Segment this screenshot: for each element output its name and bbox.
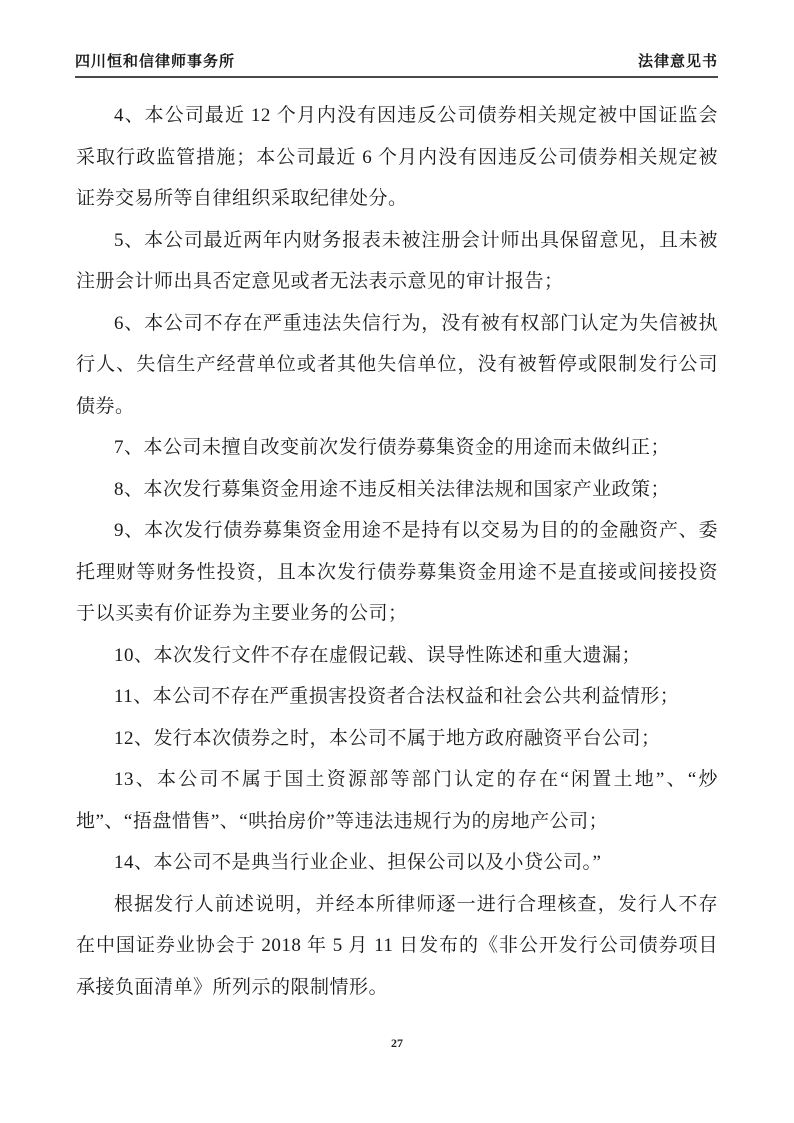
paragraph-item-5: 5、本公司最近两年内财务报表未被注册会计师出具保留意见，且未被注册会计师出具否定… [76, 220, 718, 303]
paragraph-item-6: 6、本公司不存在严重违法失信行为，没有被有权部门认定为失信被执行人、失信生产经营… [76, 303, 718, 428]
paragraph-item-12: 12、发行本次债券之时，本公司不属于地方政府融资平台公司； [76, 718, 718, 760]
header-firm-name: 四川恒和信律师事务所 [75, 50, 235, 71]
paragraph-item-7: 7、本公司未擅自改变前次发行债券募集资金的用途而未做纠正； [76, 427, 718, 469]
header-doc-type: 法律意见书 [638, 50, 718, 71]
paragraph-item-11: 11、本公司不存在严重损害投资者合法权益和社会公共利益情形； [76, 676, 718, 718]
closing-paragraph: 根据发行人前述说明，并经本所律师逐一进行合理核查，发行人不存在中国证券业协会于 … [76, 884, 718, 1009]
paragraph-item-9: 9、本次发行债券募集资金用途不是持有以交易为目的的金融资产、委托理财等财务性投资… [76, 510, 718, 635]
paragraph-item-13: 13、本公司不属于国土资源部等部门认定的存在“闲置土地”、“炒地”、“捂盘惜售”… [76, 759, 718, 842]
document-page: 四川恒和信律师事务所 法律意见书 4、本公司最近 12 个月内没有因违反公司债券… [0, 0, 794, 1123]
paragraph-item-10: 10、本次发行文件不存在虚假记载、误导性陈述和重大遗漏； [76, 635, 718, 677]
page-header: 四川恒和信律师事务所 法律意见书 [75, 50, 718, 78]
paragraph-item-14: 14、本公司不是典当行业企业、担保公司以及小贷公司。” [76, 842, 718, 884]
page-footer: 27 [0, 1036, 794, 1051]
document-body: 4、本公司最近 12 个月内没有因违反公司债券相关规定被中国证监会采取行政监管措… [76, 95, 718, 1008]
page-number: 27 [391, 1036, 403, 1050]
paragraph-item-4: 4、本公司最近 12 个月内没有因违反公司债券相关规定被中国证监会采取行政监管措… [76, 95, 718, 220]
paragraph-item-8: 8、本次发行募集资金用途不违反相关法律法规和国家产业政策； [76, 469, 718, 511]
